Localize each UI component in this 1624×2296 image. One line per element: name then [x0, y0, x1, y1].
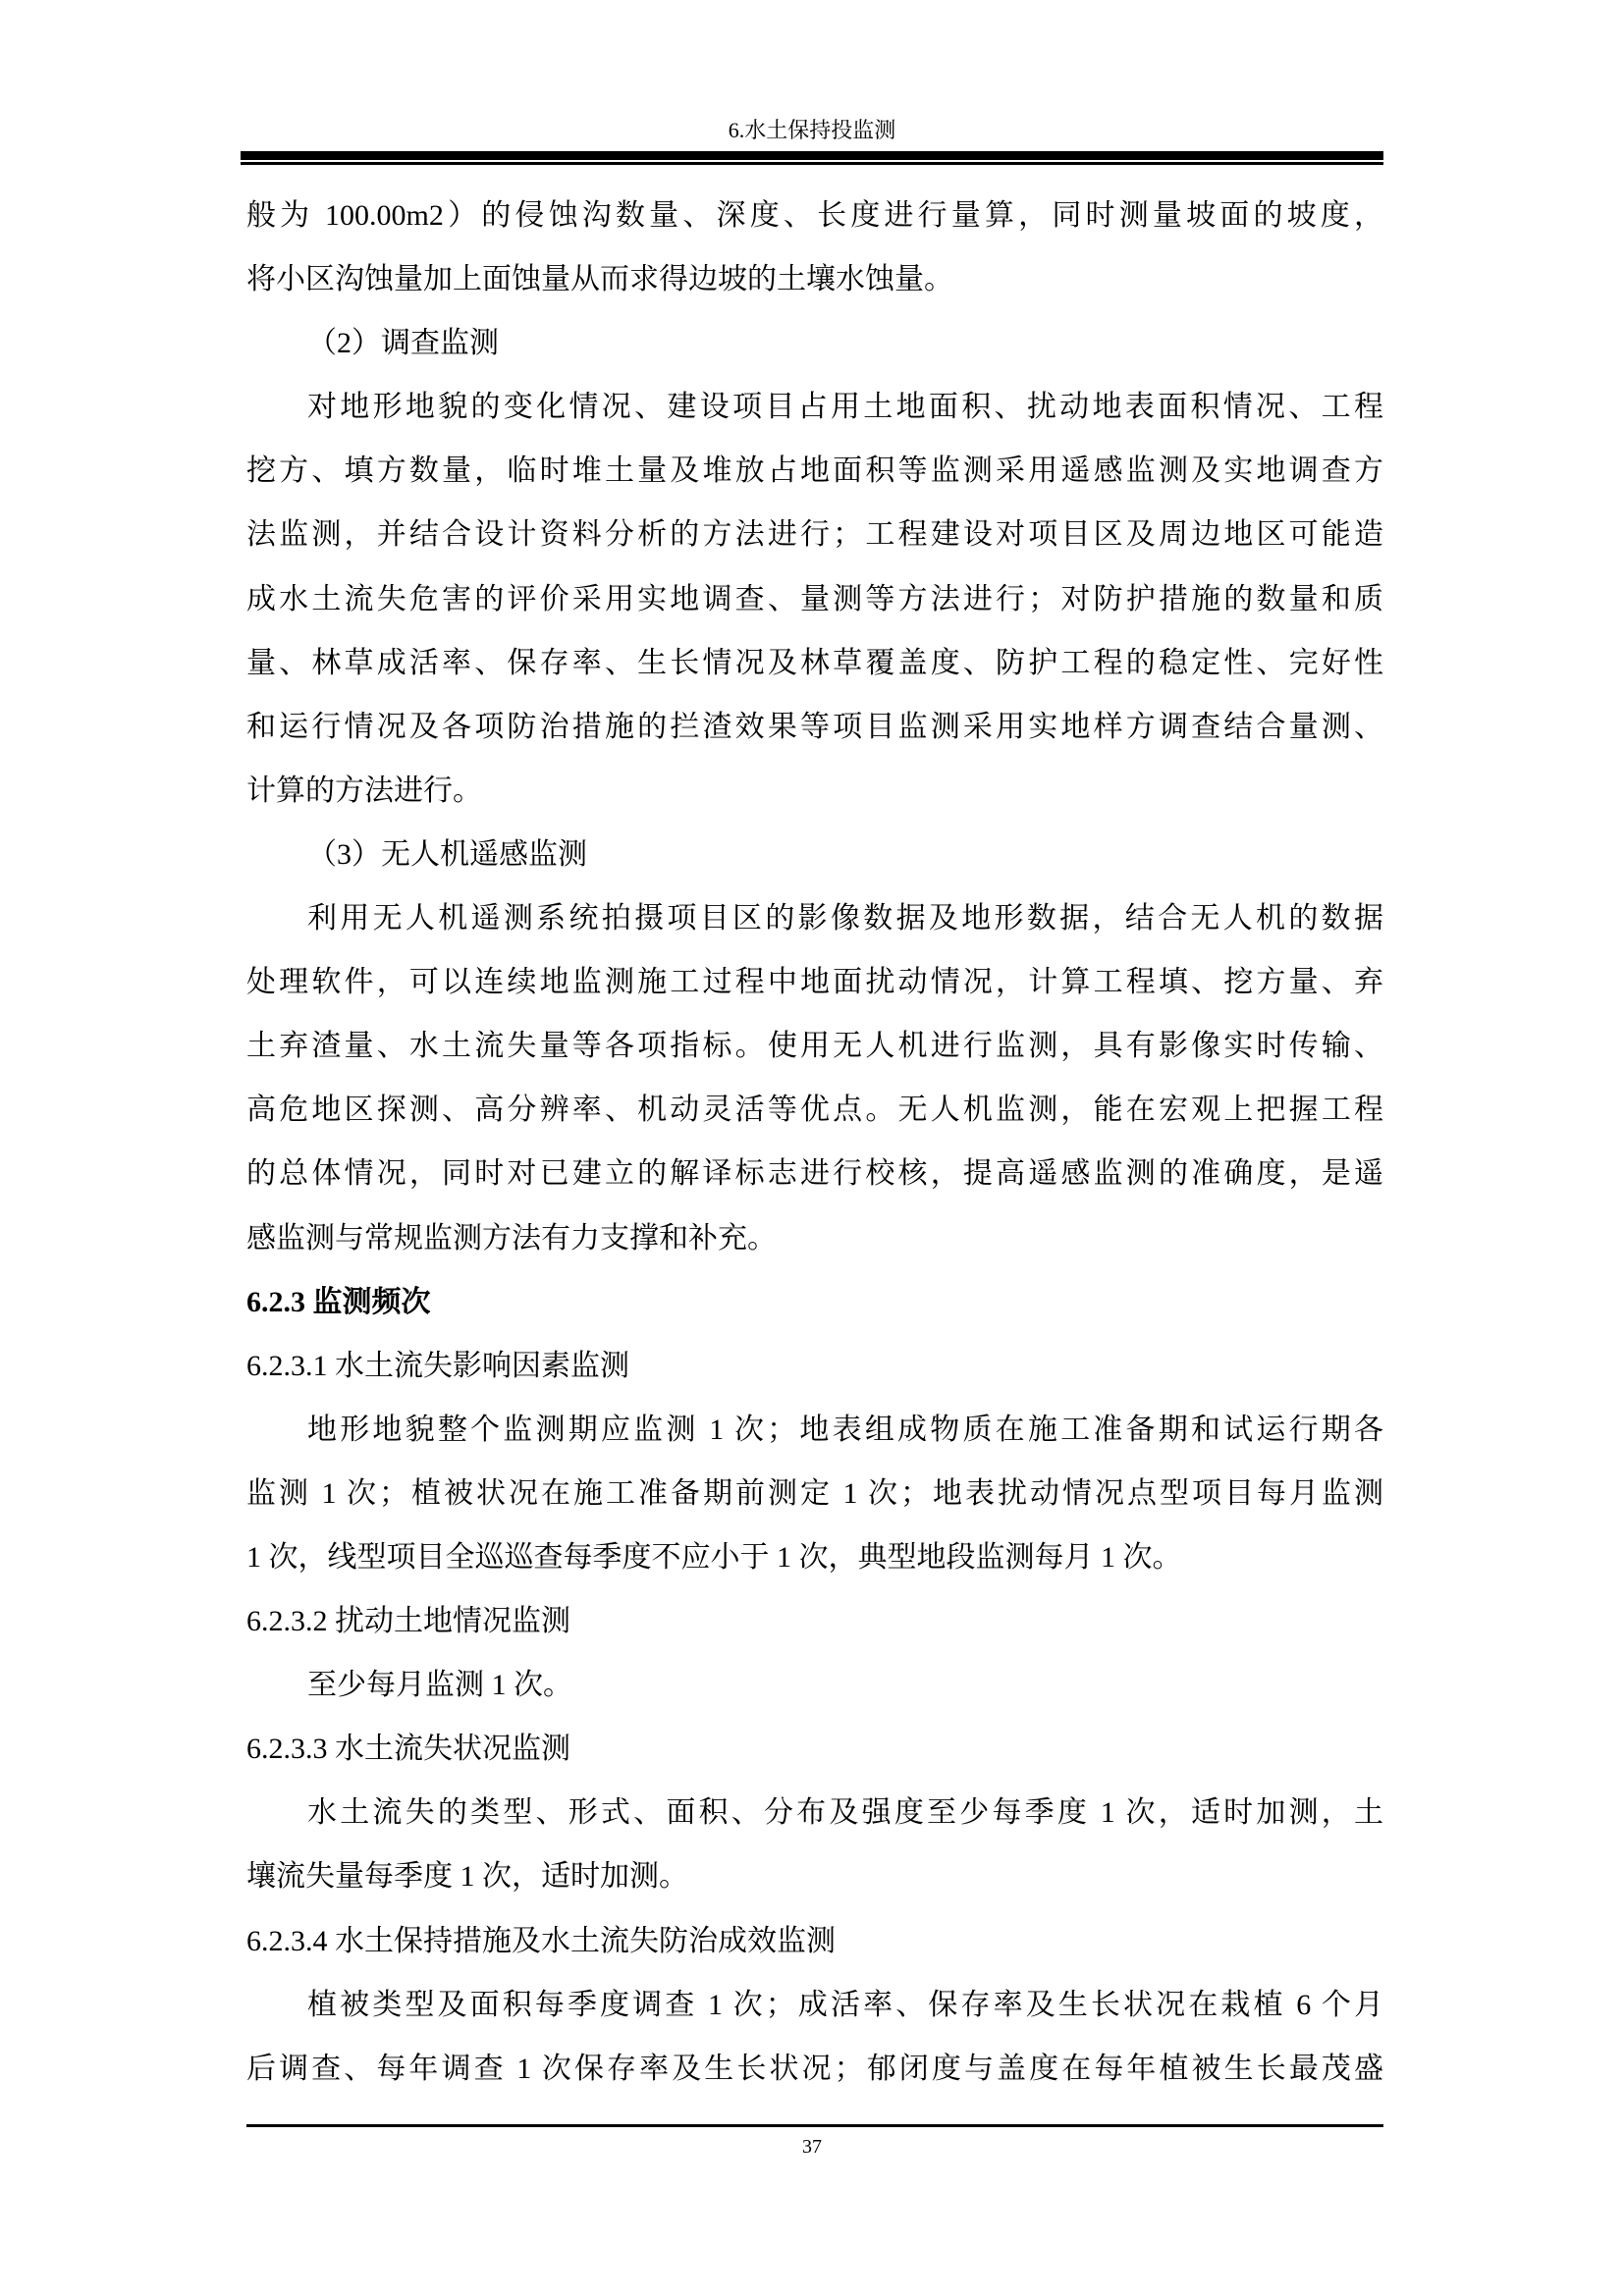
document-body: 般为 100.00m2）的侵蚀沟数量、深度、长度进行量算，同时测量坡面的坡度， …	[246, 184, 1383, 2101]
paragraph-line: 土弃渣量、水土流失量等各项指标。使用无人机进行监测，具有影像实时传输、	[246, 1014, 1383, 1078]
footer-rule	[246, 2124, 1383, 2127]
paragraph-line: 计算的方法进行。	[246, 759, 1383, 823]
paragraph-line: 和运行情况及各项防治措施的拦渣效果等项目监测采用实地样方调查结合量测、	[246, 695, 1383, 759]
subsection-heading-6-2-3-1: 6.2.3.1 水土流失影响因素监测	[246, 1334, 1383, 1398]
header-thin-rule	[241, 162, 1383, 165]
running-header-title: 6.水土保持投监测	[0, 116, 1624, 145]
paragraph-line: 后调查、每年调查 1 次保存率及生长状况；郁闭度与盖度在每年植被生长最茂盛	[246, 2037, 1383, 2101]
subsection-heading-6-2-3-4: 6.2.3.4 水土保持措施及水土流失防治成效监测	[246, 1909, 1383, 1973]
page-number: 37	[0, 2134, 1624, 2160]
paragraph-line: 监测 1 次；植被状况在施工准备期前测定 1 次；地表扰动情况点型项目每月监测	[246, 1462, 1383, 1525]
subsection-heading-6-2-3-2: 6.2.3.2 扰动土地情况监测	[246, 1589, 1383, 1653]
header-thick-rule	[241, 151, 1383, 160]
paragraph-line: 水土流失的类型、形式、面积、分布及强度至少每季度 1 次，适时加测，土	[246, 1781, 1383, 1844]
subsection-label-uav: （3）无人机遥感监测	[246, 823, 1383, 886]
paragraph-line: 高危地区探测、高分辨率、机动灵活等优点。无人机监测，能在宏观上把握工程	[246, 1078, 1383, 1142]
subsection-heading-6-2-3-3: 6.2.3.3 水土流失状况监测	[246, 1717, 1383, 1781]
paragraph-line: 法监测，并结合设计资料分析的方法进行；工程建设对项目区及周边地区可能造	[246, 503, 1383, 566]
paragraph-line: 般为 100.00m2）的侵蚀沟数量、深度、长度进行量算，同时测量坡面的坡度，	[246, 184, 1383, 247]
paragraph-line: 感监测与常规监测方法有力支撑和补充。	[246, 1206, 1383, 1270]
paragraph-line: 挖方、填方数量，临时堆土量及堆放占地面积等监测采用遥感监测及实地调查方	[246, 439, 1383, 503]
paragraph-line: 的总体情况，同时对已建立的解译标志进行校核，提高遥感监测的准确度，是遥	[246, 1142, 1383, 1205]
paragraph-line: 成水土流失危害的评价采用实地调查、量测等方法进行；对防护措施的数量和质	[246, 567, 1383, 631]
section-heading-6-2-3: 6.2.3 监测频次	[246, 1270, 1383, 1334]
paragraph-line: 将小区沟蚀量加上面蚀量从而求得边坡的土壤水蚀量。	[246, 247, 1383, 311]
paragraph-line: 地形地貌整个监测期应监测 1 次；地表组成物质在施工准备期和试运行期各	[246, 1398, 1383, 1462]
paragraph-line: 1 次，线型项目全巡巡查每季度不应小于 1 次，典型地段监测每月 1 次。	[246, 1525, 1383, 1589]
paragraph-line: 利用无人机遥测系统拍摄项目区的影像数据及地形数据，结合无人机的数据	[246, 886, 1383, 950]
paragraph-line: 壤流失量每季度 1 次，适时加测。	[246, 1844, 1383, 1908]
paragraph-line: 至少每月监测 1 次。	[246, 1653, 1383, 1717]
subsection-label-survey: （2）调查监测	[246, 311, 1383, 375]
paragraph-line: 量、林草成活率、保存率、生长情况及林草覆盖度、防护工程的稳定性、完好性	[246, 631, 1383, 695]
paragraph-line: 对地形地貌的变化情况、建设项目占用土地面积、扰动地表面积情况、工程	[246, 375, 1383, 439]
paragraph-line: 处理软件，可以连续地监测施工过程中地面扰动情况，计算工程填、挖方量、弃	[246, 950, 1383, 1014]
paragraph-line: 植被类型及面积每季度调查 1 次；成活率、保存率及生长状况在栽植 6 个月	[246, 1973, 1383, 2037]
